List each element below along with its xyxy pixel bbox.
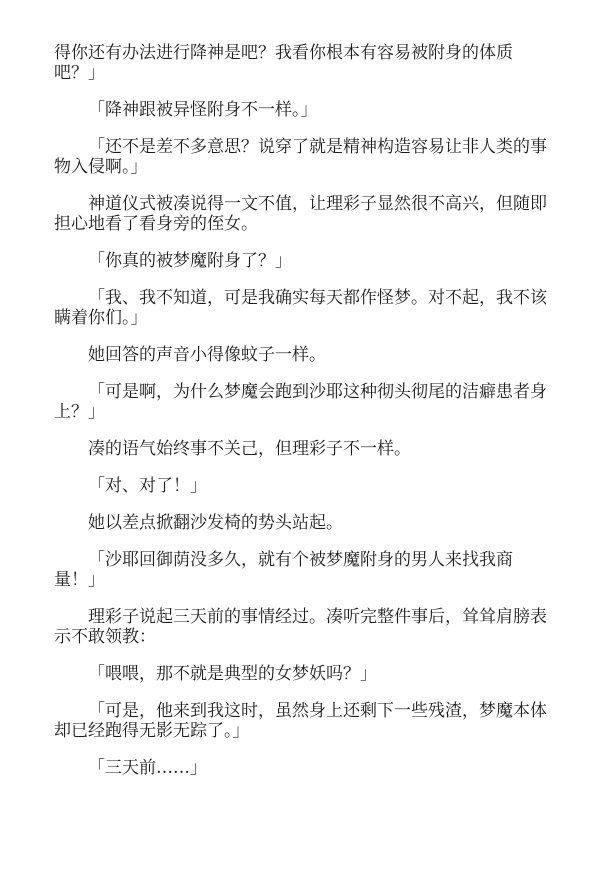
paragraph: 「你真的被梦魔附身了？」 xyxy=(54,251,574,271)
text-line: 理彩子说起三天前的事情经过。凑听完整件事后，耸耸肩膀表 xyxy=(54,607,574,627)
text-line: 凑的语气始终事不关己，但理彩子不一样。 xyxy=(54,439,574,459)
paragraph: 「对、对了！」 xyxy=(54,476,574,496)
text-line: 神道仪式被凑说得一文不值，让理彩子显然很不高兴，但随即 xyxy=(54,194,574,214)
paragraph: 「可是，他来到我这时，虽然身上还剩下一些残渣，梦魔本体 却已经跑得无影无踪了。」 xyxy=(54,701,574,741)
paragraph: 她回答的声音小得像蚊子一样。 xyxy=(54,345,574,365)
text-line: 却已经跑得无影无踪了。」 xyxy=(54,721,574,741)
text-line: 「对、对了！」 xyxy=(54,476,574,496)
text-line: 「你真的被梦魔附身了？」 xyxy=(54,251,574,271)
paragraph: 理彩子说起三天前的事情经过。凑听完整件事后，耸耸肩膀表 示不敢领教： xyxy=(54,607,574,647)
text-line: 「降神跟被异怪附身不一样。」 xyxy=(54,100,574,120)
paragraph: 「沙耶回御荫没多久，就有个被梦魔附身的男人来找我商 量！」 xyxy=(54,550,574,590)
text-line: 「我、我不知道，可是我确实每天都作怪梦。对不起，我不该 xyxy=(54,288,574,308)
document-page: 得你还有办法进行降神是吧？我看你根本有容易被附身的体质 吧？」 「降神跟被异怪附… xyxy=(54,43,574,795)
paragraph: 「降神跟被异怪附身不一样。」 xyxy=(54,100,574,120)
text-line: 「可是啊，为什么梦魔会跑到沙耶这种彻头彻尾的洁癖患者身 xyxy=(54,382,574,402)
paragraph: 她以差点掀翻沙发椅的势头站起。 xyxy=(54,513,574,533)
paragraph: 得你还有办法进行降神是吧？我看你根本有容易被附身的体质 吧？」 xyxy=(54,43,574,83)
text-line: 物入侵啊。」 xyxy=(54,157,574,177)
text-line: 她以差点掀翻沙发椅的势头站起。 xyxy=(54,513,574,533)
text-line: 上？」 xyxy=(54,402,574,422)
paragraph: 「喂喂，那不就是典型的女梦妖吗？」 xyxy=(54,664,574,684)
text-line: 示不敢领教： xyxy=(54,627,574,647)
text-line: 「沙耶回御荫没多久，就有个被梦魔附身的男人来找我商 xyxy=(54,550,574,570)
text-line: 吧？」 xyxy=(54,63,574,83)
text-line: 「喂喂，那不就是典型的女梦妖吗？」 xyxy=(54,664,574,684)
paragraph: 「还不是差不多意思？说穿了就是精神构造容易让非人类的事 物入侵啊。」 xyxy=(54,137,574,177)
paragraph: 凑的语气始终事不关己，但理彩子不一样。 xyxy=(54,439,574,459)
text-line: 量！」 xyxy=(54,570,574,590)
text-line: 她回答的声音小得像蚊子一样。 xyxy=(54,345,574,365)
paragraph: 「可是啊，为什么梦魔会跑到沙耶这种彻头彻尾的洁癖患者身 上？」 xyxy=(54,382,574,422)
text-line: 「可是，他来到我这时，虽然身上还剩下一些残渣，梦魔本体 xyxy=(54,701,574,721)
paragraph: 神道仪式被凑说得一文不值，让理彩子显然很不高兴，但随即 担心地看了看身旁的侄女。 xyxy=(54,194,574,234)
text-line: 瞒着你们。」 xyxy=(54,308,574,328)
paragraph: 「我、我不知道，可是我确实每天都作怪梦。对不起，我不该 瞒着你们。」 xyxy=(54,288,574,328)
text-line: 担心地看了看身旁的侄女。 xyxy=(54,214,574,234)
text-line: 得你还有办法进行降神是吧？我看你根本有容易被附身的体质 xyxy=(54,43,574,63)
text-line: 「三天前……」 xyxy=(54,758,574,778)
paragraph: 「三天前……」 xyxy=(54,758,574,778)
text-line: 「还不是差不多意思？说穿了就是精神构造容易让非人类的事 xyxy=(54,137,574,157)
